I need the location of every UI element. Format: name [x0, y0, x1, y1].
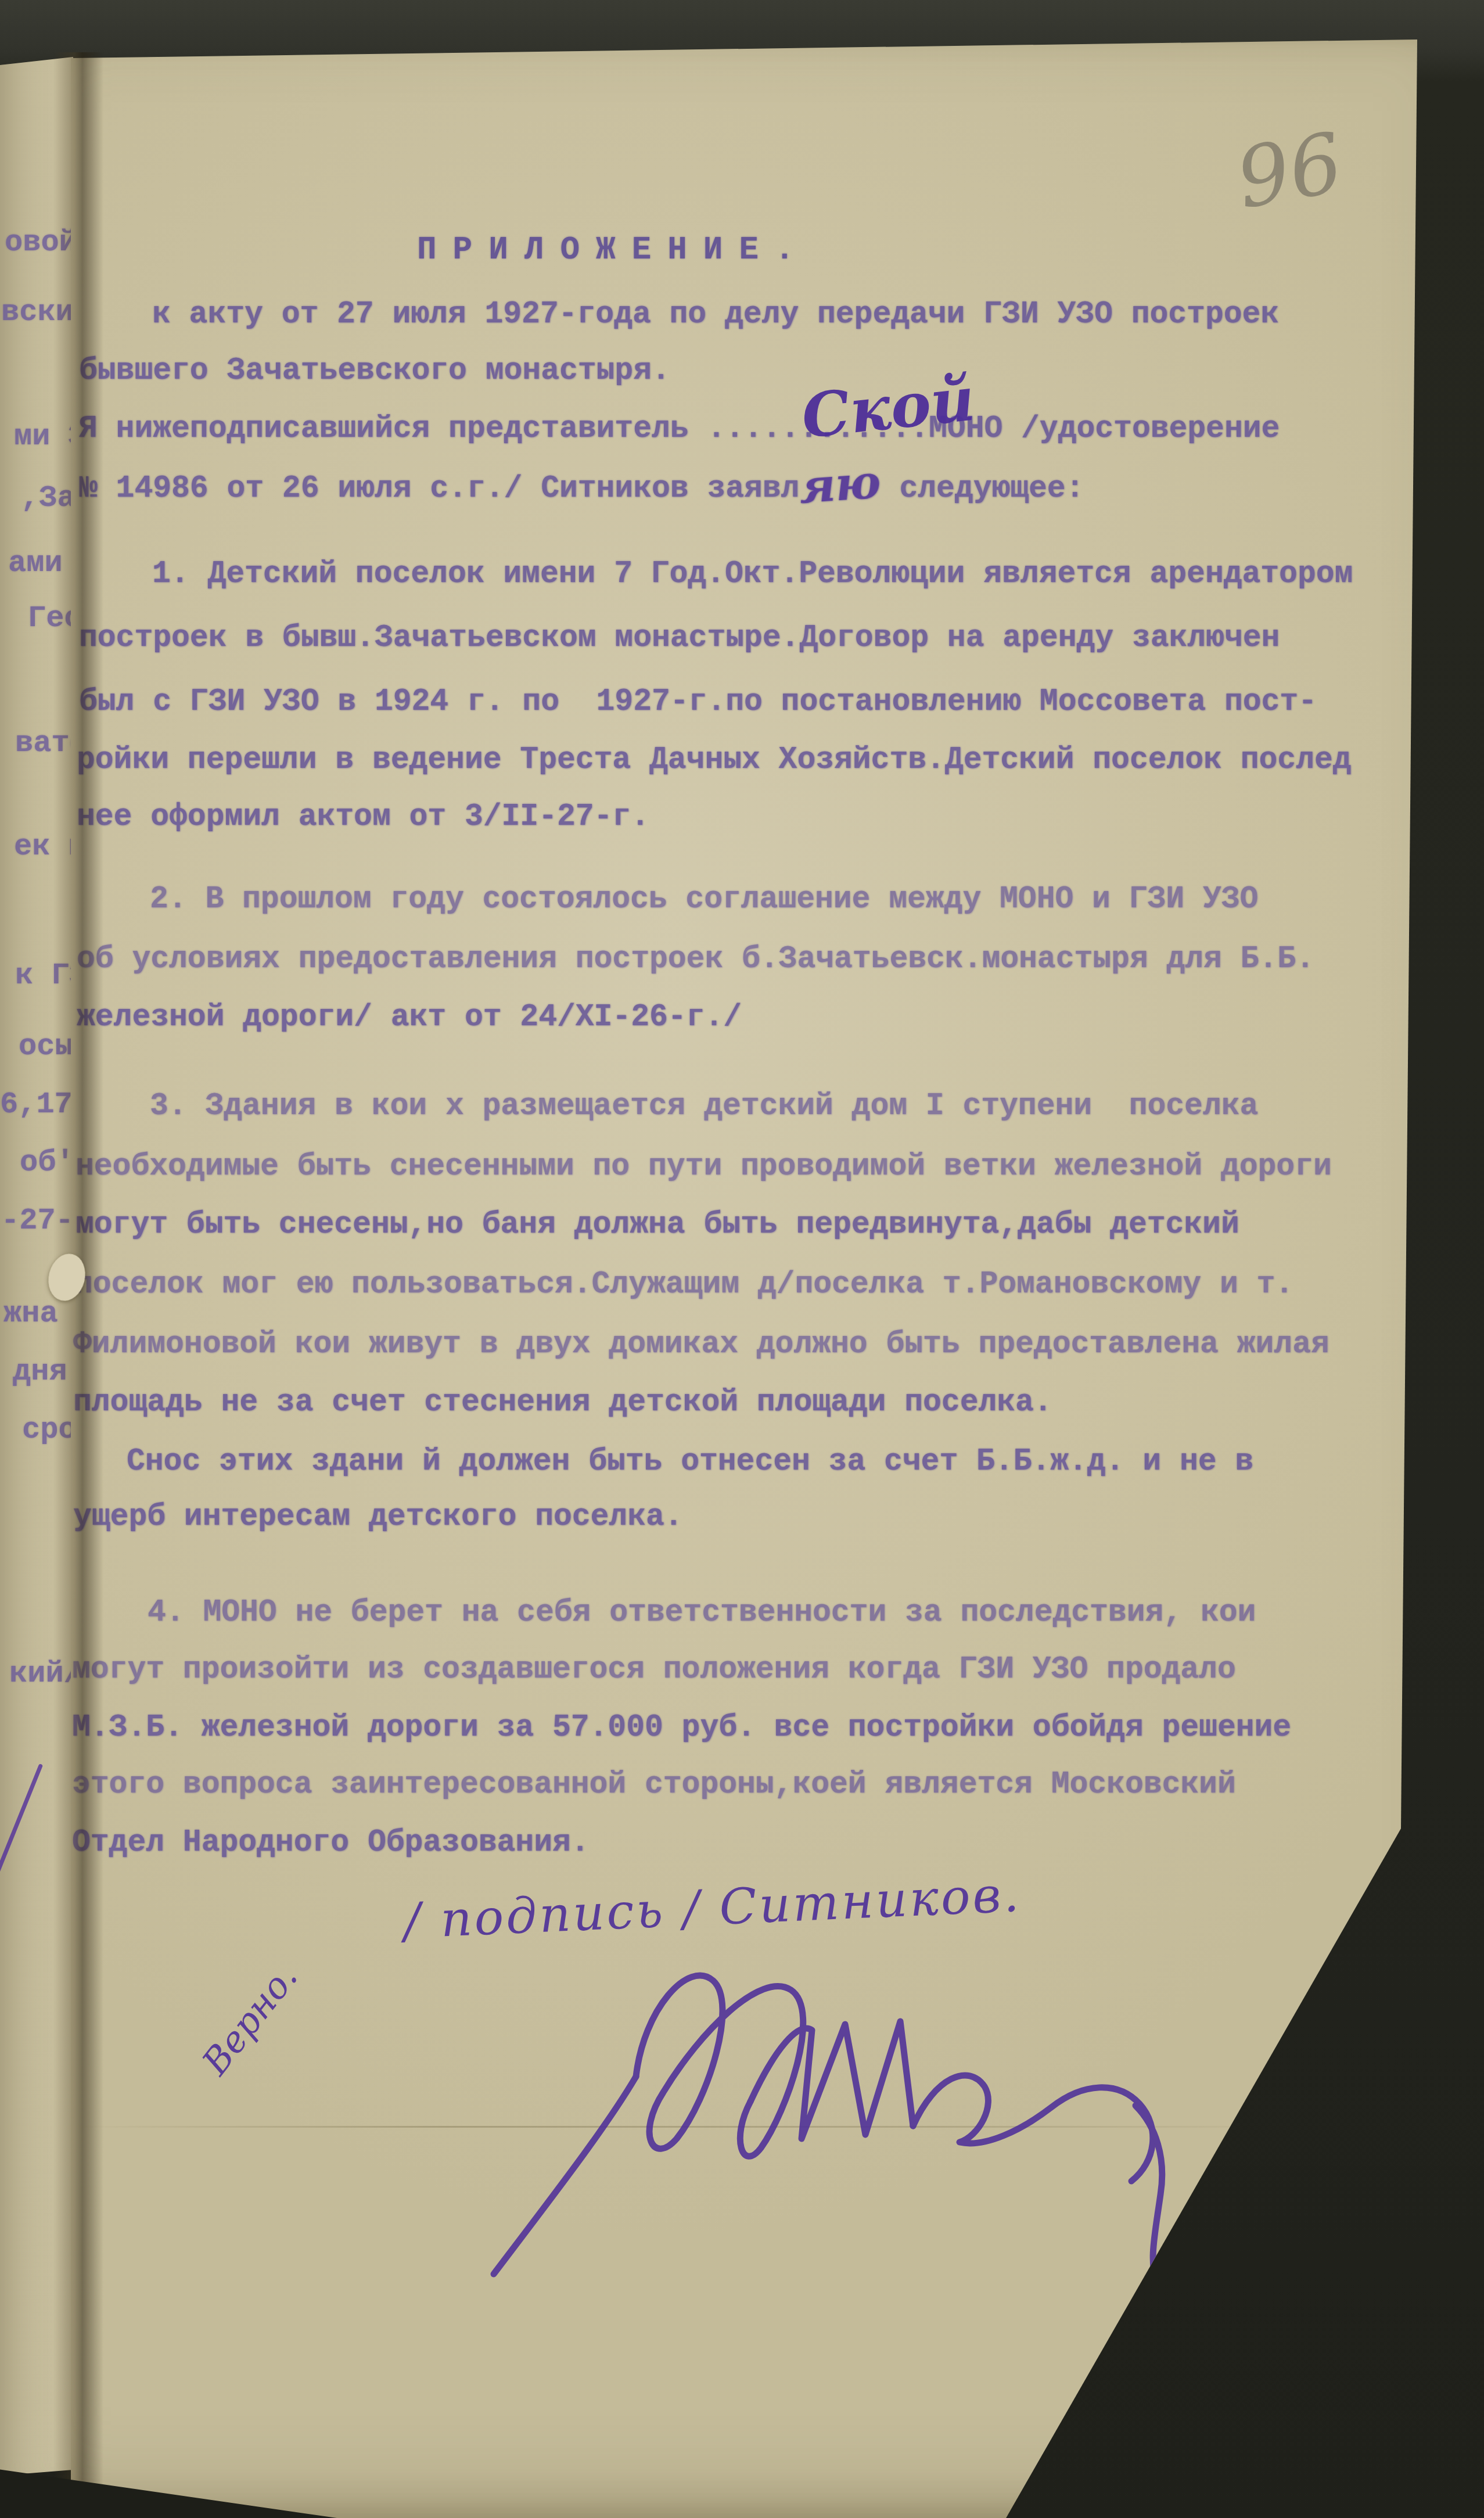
- document-title: ПРИЛОЖЕНИЕ.: [417, 231, 811, 268]
- prev-page-text-fragment: овой: [5, 225, 77, 260]
- typed-segment: № 14986 от 26 июля с.г./ Ситников заявл: [79, 471, 799, 506]
- prev-page-text-fragment: жна: [3, 1296, 58, 1331]
- handwritten-correction: яю: [800, 482, 881, 488]
- prev-page-text-fragment: осы: [19, 1029, 73, 1064]
- typed-line: 4. МОНО не берет на себя ответственности…: [148, 1597, 1256, 1628]
- typed-line: об условиях предоставления построек б.За…: [77, 944, 1314, 975]
- typed-line: бывшего Зачатьевского монастыря.: [79, 355, 670, 386]
- typed-line: ущерб интересам детского поселка.: [73, 1502, 683, 1532]
- stray-ink-stroke: [0, 1763, 43, 1873]
- typed-line: поселок мог ею пользоваться.Служащим д/п…: [74, 1269, 1293, 1300]
- typed-line: могут быть снесены,но баня должна быть п…: [76, 1209, 1239, 1240]
- typed-line: 1. Детский поселок имени 7 Год.Окт.Револ…: [152, 559, 1353, 590]
- signature-flourish: [459, 1934, 1226, 2329]
- typed-line: к акту от 27 июля 1927-года по делу пере…: [152, 299, 1279, 330]
- typed-line: Филимоновой кои живут в двух домиках дол…: [73, 1329, 1330, 1360]
- typed-line: нее оформил актом от 3/II-27-г.: [77, 802, 649, 832]
- typed-line: М.З.Б. железной дороги за 57.000 руб. вс…: [72, 1712, 1291, 1743]
- document-page: 96 ПРИЛОЖЕНИЕ. к акту от 27 июля 1927-го…: [0, 0, 1484, 2518]
- typed-line: был с ГЗИ УЗО в 1924 г. по 1927-г.по пос…: [79, 687, 1317, 717]
- typed-line: построек в бывш.Зачатьевском монастыре.Д…: [79, 623, 1280, 653]
- typed-line: ройки перешли в ведение Треста Дачных Хо…: [77, 745, 1352, 775]
- typed-line: площадь не за счет стеснения детской пло…: [73, 1387, 1052, 1418]
- typed-line: 3. Здания в кои х размещается детский до…: [150, 1091, 1258, 1122]
- typed-line: необходимые быть снесенными по пути пров…: [76, 1151, 1332, 1182]
- typed-segment: следующее:: [881, 471, 1084, 506]
- typed-line: Отдел Народного Образования.: [72, 1827, 590, 1858]
- typed-line: Снос этих здани й должен быть отнесен за…: [127, 1446, 1253, 1477]
- typed-line: железной дороги/ акт от 24/XI-26-г./: [77, 1002, 742, 1033]
- page-number-pencil: 96: [1230, 115, 1350, 228]
- scanned-document-photo: овой вским ми За ,Зав. ами з Геор вате е…: [0, 0, 1484, 2518]
- typed-line: 2. В прошлом году состоялось соглашение …: [150, 884, 1258, 915]
- typed-line: Я нижеподписавшийся представитель ......…: [79, 414, 1280, 444]
- typed-line-with-correction: № 14986 от 26 июля с.г./ Ситников заявля…: [79, 473, 1084, 504]
- typed-line: могут произойти из создавшегося положени…: [72, 1654, 1236, 1685]
- handwritten-verno: Верно.: [193, 1956, 306, 2082]
- typed-line: этого вопроса заинтересованной стороны,к…: [72, 1769, 1236, 1800]
